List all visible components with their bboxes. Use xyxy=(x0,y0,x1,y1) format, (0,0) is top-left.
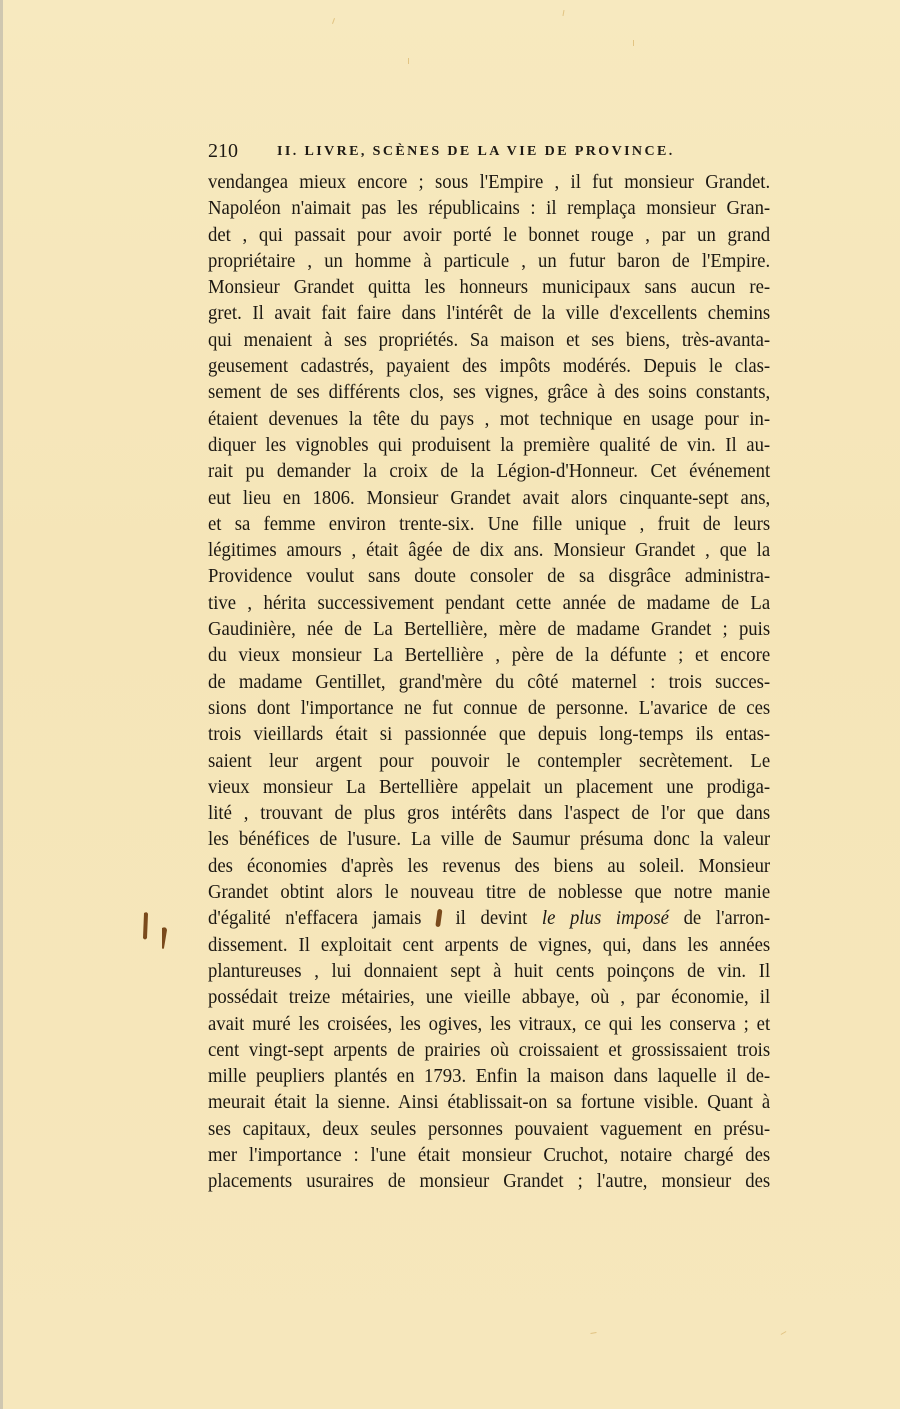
text-line: diquer les vignobles qui produisent la p… xyxy=(208,433,770,459)
text-segment: de l'arron- xyxy=(669,908,770,929)
text-line: possédait treize métairies, une vieille … xyxy=(208,985,770,1011)
text-line: avait muré les croisées, les ogives, les… xyxy=(208,1012,770,1038)
text-line: gret. Il avait fait faire dans l'intérêt… xyxy=(208,301,770,327)
italic-phrase: le plus imposé xyxy=(542,908,669,929)
text-line: rait pu demander la croix de la Légion-d… xyxy=(208,459,770,485)
text-line: geusement cadastrés, payaient des impôts… xyxy=(208,354,770,380)
text-line: eut lieu en 1806. Monsieur Grandet avait… xyxy=(208,486,770,512)
text-line: placements usuraires de monsieur Grandet… xyxy=(208,1169,770,1195)
text-segment: il devint xyxy=(441,908,542,929)
text-line: du vieux monsieur La Bertellière , père … xyxy=(208,643,770,669)
text-line: sement de ses différents clos, ses vigne… xyxy=(208,380,770,406)
paper-speck xyxy=(590,1332,596,1334)
text-line: plantureuses , lui donnaient sept à huit… xyxy=(208,959,770,985)
text-line: vieux monsieur La Bertellière appelait u… xyxy=(208,775,770,801)
text-line: Monsieur Grandet quitta les honneurs mun… xyxy=(208,275,770,301)
text-line: vendangea mieux encore ; sous l'Empire ,… xyxy=(208,170,770,196)
text-line: des économies d'après les revenus des bi… xyxy=(208,854,770,880)
book-page: 210 II. LIVRE, SCÈNES DE LA VIE DE PROVI… xyxy=(0,0,900,1409)
text-line: de madame Gentillet, grand'mère du côté … xyxy=(208,670,770,696)
text-line: étaient devenues la tête du pays , mot t… xyxy=(208,407,770,433)
margin-annotation xyxy=(140,910,170,960)
text-line: les bénéfices de l'usure. La ville de Sa… xyxy=(208,827,770,853)
text-line: det , qui passait pour avoir porté le bo… xyxy=(208,223,770,249)
page-header: 210 II. LIVRE, SCÈNES DE LA VIE DE PROVI… xyxy=(208,140,773,164)
text-line: meurait était la sienne. Ainsi établissa… xyxy=(208,1090,770,1116)
text-line: ses capitaux, deux seules personnes pouv… xyxy=(208,1117,770,1143)
text-line: mer l'importance : l'une était monsieur … xyxy=(208,1143,770,1169)
text-line: lité , trouvant de plus gros intérêts da… xyxy=(208,801,770,827)
paper-speck xyxy=(408,58,409,64)
text-line: d'égalité n'effacera jamais il devint le… xyxy=(208,906,770,932)
text-line: légitimes amours , était âgée de dix ans… xyxy=(208,538,770,564)
text-line: saient leur argent pour pouvoir le conte… xyxy=(208,749,770,775)
text-line: cent vingt-sept arpents de prairies où c… xyxy=(208,1038,770,1064)
text-line: Grandet obtint alors le nouveau titre de… xyxy=(208,880,770,906)
paper-speck xyxy=(332,18,335,24)
page-number: 210 xyxy=(208,140,238,163)
text-line: et sa femme environ trente-six. Une fill… xyxy=(208,512,770,538)
text-line: propriétaire , un homme à particule , un… xyxy=(208,249,770,275)
paper-speck xyxy=(781,1331,787,1335)
text-line: sions dont l'importance ne fut connue de… xyxy=(208,696,770,722)
text-line: trois vieillards était si passionnée que… xyxy=(208,722,770,748)
text-line: Providence voulut sans doute consoler de… xyxy=(208,564,770,590)
text-segment: d'égalité n'effacera jamais xyxy=(208,908,436,929)
handwritten-mark-icon xyxy=(140,910,170,960)
paper-speck xyxy=(562,10,564,16)
text-line: Napoléon n'aimait pas les républicains :… xyxy=(208,196,770,222)
running-head: II. LIVRE, SCÈNES DE LA VIE DE PROVINCE. xyxy=(277,144,675,160)
paper-speck xyxy=(633,40,634,46)
text-line: Gaudinière, née de La Bertellière, mère … xyxy=(208,617,770,643)
text-line: dissement. Il exploitait cent arpents de… xyxy=(208,933,770,959)
text-line: mille peupliers plantés en 1793. Enfin l… xyxy=(208,1064,770,1090)
body-text: vendangea mieux encore ; sous l'Empire ,… xyxy=(208,170,770,1196)
text-line: tive , hérita successivement pendant cet… xyxy=(208,591,770,617)
text-line: qui menaient à ses propriétés. Sa maison… xyxy=(208,328,770,354)
